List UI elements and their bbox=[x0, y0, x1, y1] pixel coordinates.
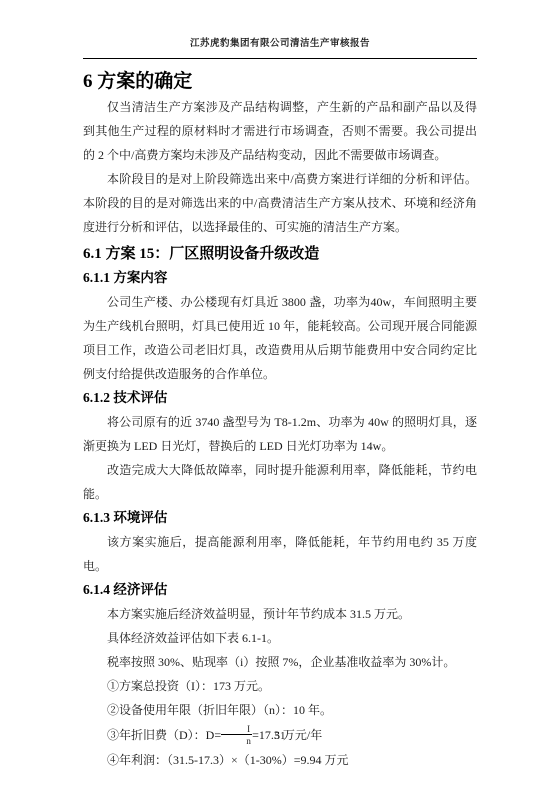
list-item-profit: ④年利润：（31.5-17.3）×（1-30%）=9.94 万元 bbox=[83, 748, 477, 772]
header-title: 江苏虎豹集团有限公司清洁生产审核报告 bbox=[190, 39, 370, 49]
chapter-heading: 6 方案的确定 bbox=[83, 70, 477, 94]
page-number: 51 bbox=[275, 730, 286, 742]
economic-paragraph-1: 本方案实施后经济效益明显，预计年节约成本 31.5 万元。 bbox=[83, 602, 477, 626]
subsection-heading-technical: 6.1.2 技术评估 bbox=[83, 388, 477, 408]
page-footer: 51 bbox=[0, 730, 560, 742]
document-page: 江苏虎豹集团有限公司清洁生产审核报告 6 方案的确定 仅当清洁生产方案涉及产品结… bbox=[0, 0, 560, 792]
environmental-paragraph: 该方案实施后，提高能源利用率，降低能耗，年节约用电约 35 万度电。 bbox=[83, 530, 477, 578]
content-paragraph: 公司生产楼、办公楼现有灯具近 3800 盏，功率为40w，车间照明主要为生产线机… bbox=[83, 290, 477, 386]
subsection-heading-content: 6.1.1 方案内容 bbox=[83, 268, 477, 288]
subsection-heading-environmental: 6.1.3 环境评估 bbox=[83, 508, 477, 528]
chapter-paragraph-1: 仅当清洁生产方案涉及产品结构调整，产生新的产品和副产品以及得到其他生产过程的原材… bbox=[83, 95, 477, 167]
technical-paragraph-1: 将公司原有的近 3740 盏型号为 T8-1.2m、功率为 40w 的照明灯具，… bbox=[83, 410, 477, 458]
section-heading: 6.1 方案 15：厂区照明设备升级改造 bbox=[83, 244, 477, 265]
list-item-investment: ①方案总投资（I）：173 万元。 bbox=[83, 674, 477, 698]
technical-paragraph-2: 改造完成大大降低故障率，同时提升能源利用率，降低能耗，节约电能。 bbox=[83, 458, 477, 506]
list-item-lifetime: ②设备使用年限（折旧年限）（n）：10 年。 bbox=[83, 698, 477, 722]
subsection-heading-economic: 6.1.4 经济评估 bbox=[83, 580, 477, 600]
economic-paragraph-2: 具体经济效益评估如下表 6.1-1。 bbox=[83, 626, 477, 650]
chapter-paragraph-2: 本阶段目的是对上阶段筛选出来中/高费方案进行详细的分析和评估。本阶段的目的是对筛… bbox=[83, 167, 477, 239]
page-header: 江苏虎豹集团有限公司清洁生产审核报告 bbox=[83, 0, 477, 59]
economic-paragraph-3: 税率按照 30%、贴现率（i）按照 7%，企业基准收益率为 30%计。 bbox=[83, 650, 477, 674]
